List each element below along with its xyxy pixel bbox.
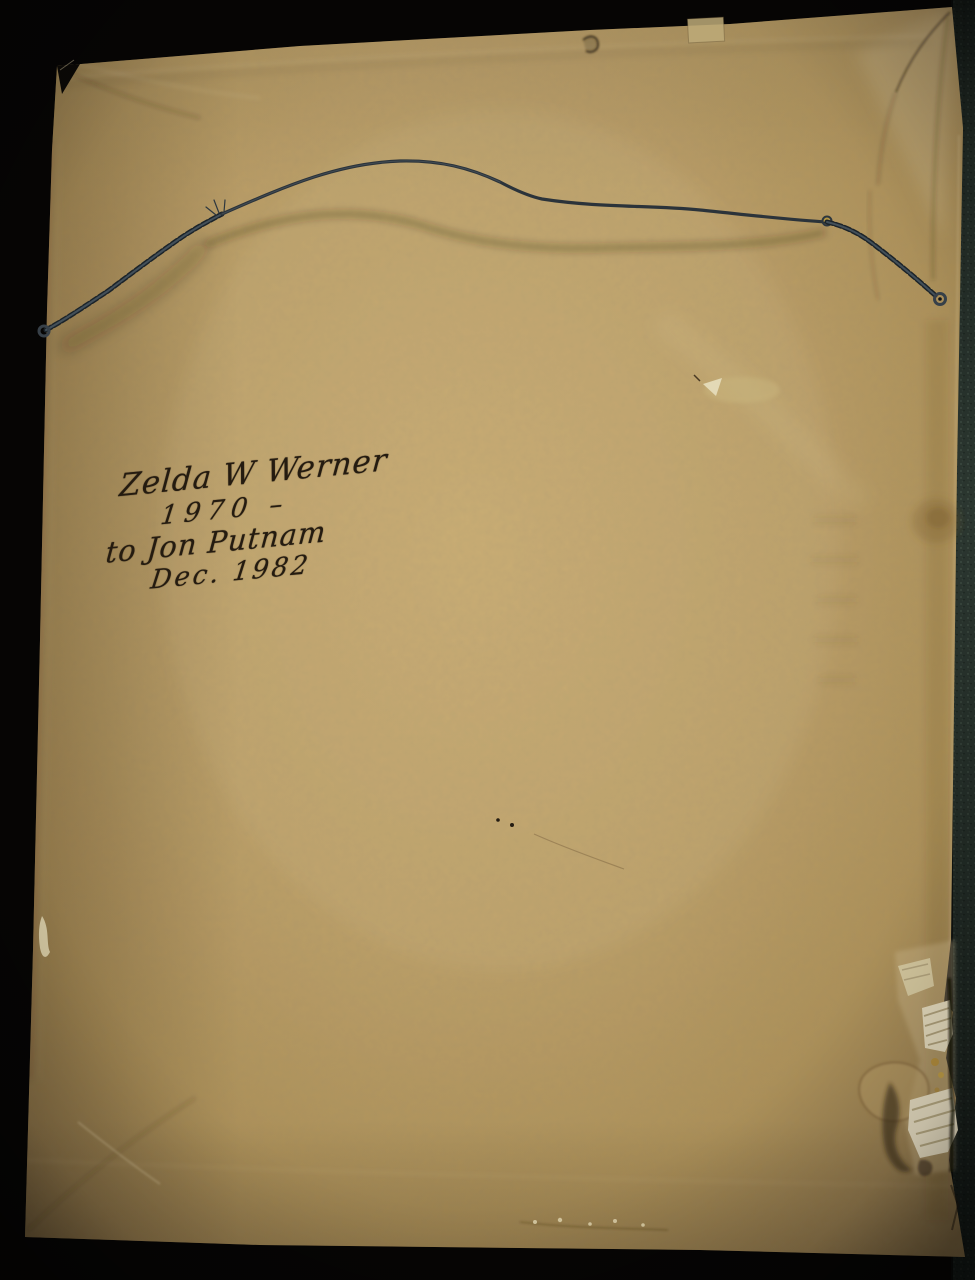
vignette [0, 0, 975, 1280]
framed-picture-back-photo: Zelda W Werner 1970 – to Jon Putnam Dec.… [0, 0, 975, 1280]
photo-canvas [0, 0, 975, 1280]
